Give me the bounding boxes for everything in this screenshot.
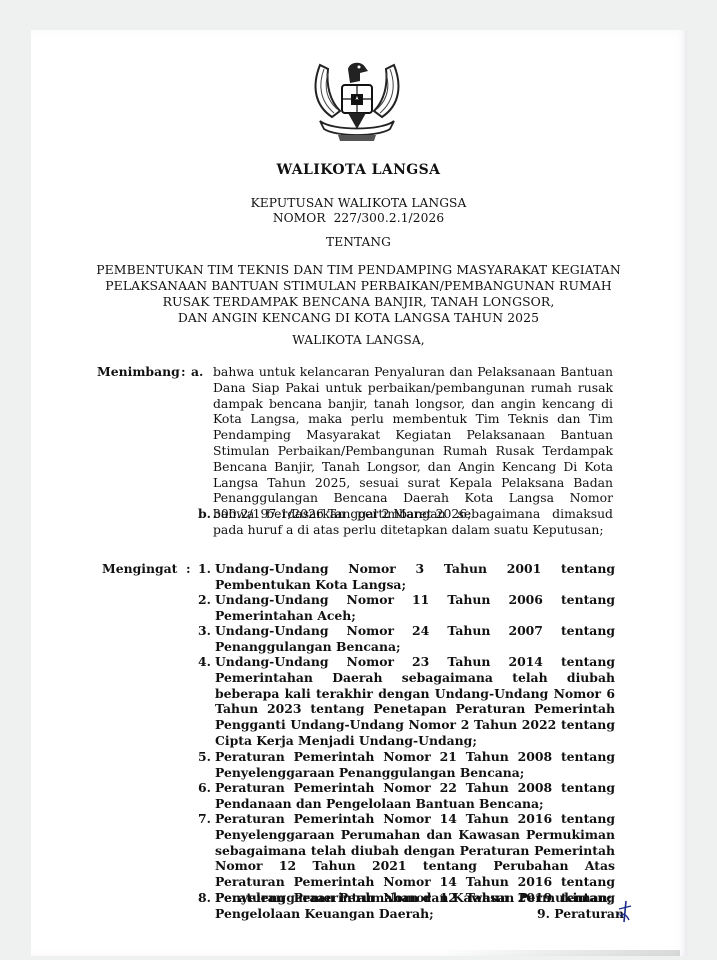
item-marker: 6. [198, 780, 211, 796]
item-marker: 4. [198, 654, 211, 670]
colon: : [186, 561, 191, 577]
issuer-heading: WALIKOTA LANGSA [0, 162, 717, 178]
subject-line: PELAKSANAAN BANTUAN STIMULAN PERBAIKAN/P… [0, 278, 717, 294]
authority-heading: WALIKOTA LANGSA, [0, 333, 717, 347]
item-marker: 2. [198, 592, 211, 608]
item-marker: 1. [198, 561, 211, 577]
item-text: bahwa untuk kelancaran Penyaluran dan Pe… [213, 364, 613, 522]
decree-title: KEPUTUSAN WALIKOTA LANGSA NOMOR 227/300.… [0, 196, 717, 226]
subject-line: PEMBENTUKAN TIM TEKNIS DAN TIM PENDAMPIN… [0, 262, 717, 278]
item-marker: b. [198, 506, 211, 522]
continuation-marker: 9. Peraturan [537, 906, 624, 921]
item-marker: a. [191, 364, 203, 380]
item-text: Undang-Undang Nomor 24 Tahun 2007 tentan… [215, 623, 615, 655]
item-text: bahwa berdasarkan pertimbangan sebagaima… [213, 506, 613, 538]
scan-shadow [440, 950, 680, 956]
mengingat-label: Mengingat [102, 561, 177, 577]
initial-signature-icon [617, 900, 633, 924]
item-text: Undang-Undang Nomor 3 Tahun 2001 tentang… [215, 561, 615, 593]
garuda-emblem-icon [302, 55, 412, 147]
colon: : [181, 364, 186, 380]
item-text: Undang-Undang Nomor 23 Tahun 2014 tentan… [215, 654, 615, 749]
item-marker: 8. [198, 890, 211, 906]
about-label: TENTANG [0, 235, 717, 249]
item-marker: 7. [198, 811, 211, 827]
item-text: Undang-Undang Nomor 11 Tahun 2006 tentan… [215, 592, 615, 624]
decree-subject: PEMBENTUKAN TIM TEKNIS DAN TIM PENDAMPIN… [0, 262, 717, 326]
item-text: Peraturan Pemerintah Nomor 21 Tahun 2008… [215, 749, 615, 781]
menimbang-label: Menimbang [97, 364, 180, 380]
subject-line: DAN ANGIN KENCANG DI KOTA LANGSA TAHUN 2… [0, 310, 717, 326]
item-text: Peraturan Pemerintah Nomor 22 Tahun 2008… [215, 780, 615, 812]
decree-title-line-1: KEPUTUSAN WALIKOTA LANGSA [0, 196, 717, 211]
subject-line: RUSAK TERDAMPAK BENCANA BANJIR, TANAH LO… [0, 294, 717, 310]
decree-number: NOMOR 227/300.2.1/2026 [0, 211, 717, 226]
item-marker: 3. [198, 623, 211, 639]
item-marker: 5. [198, 749, 211, 765]
